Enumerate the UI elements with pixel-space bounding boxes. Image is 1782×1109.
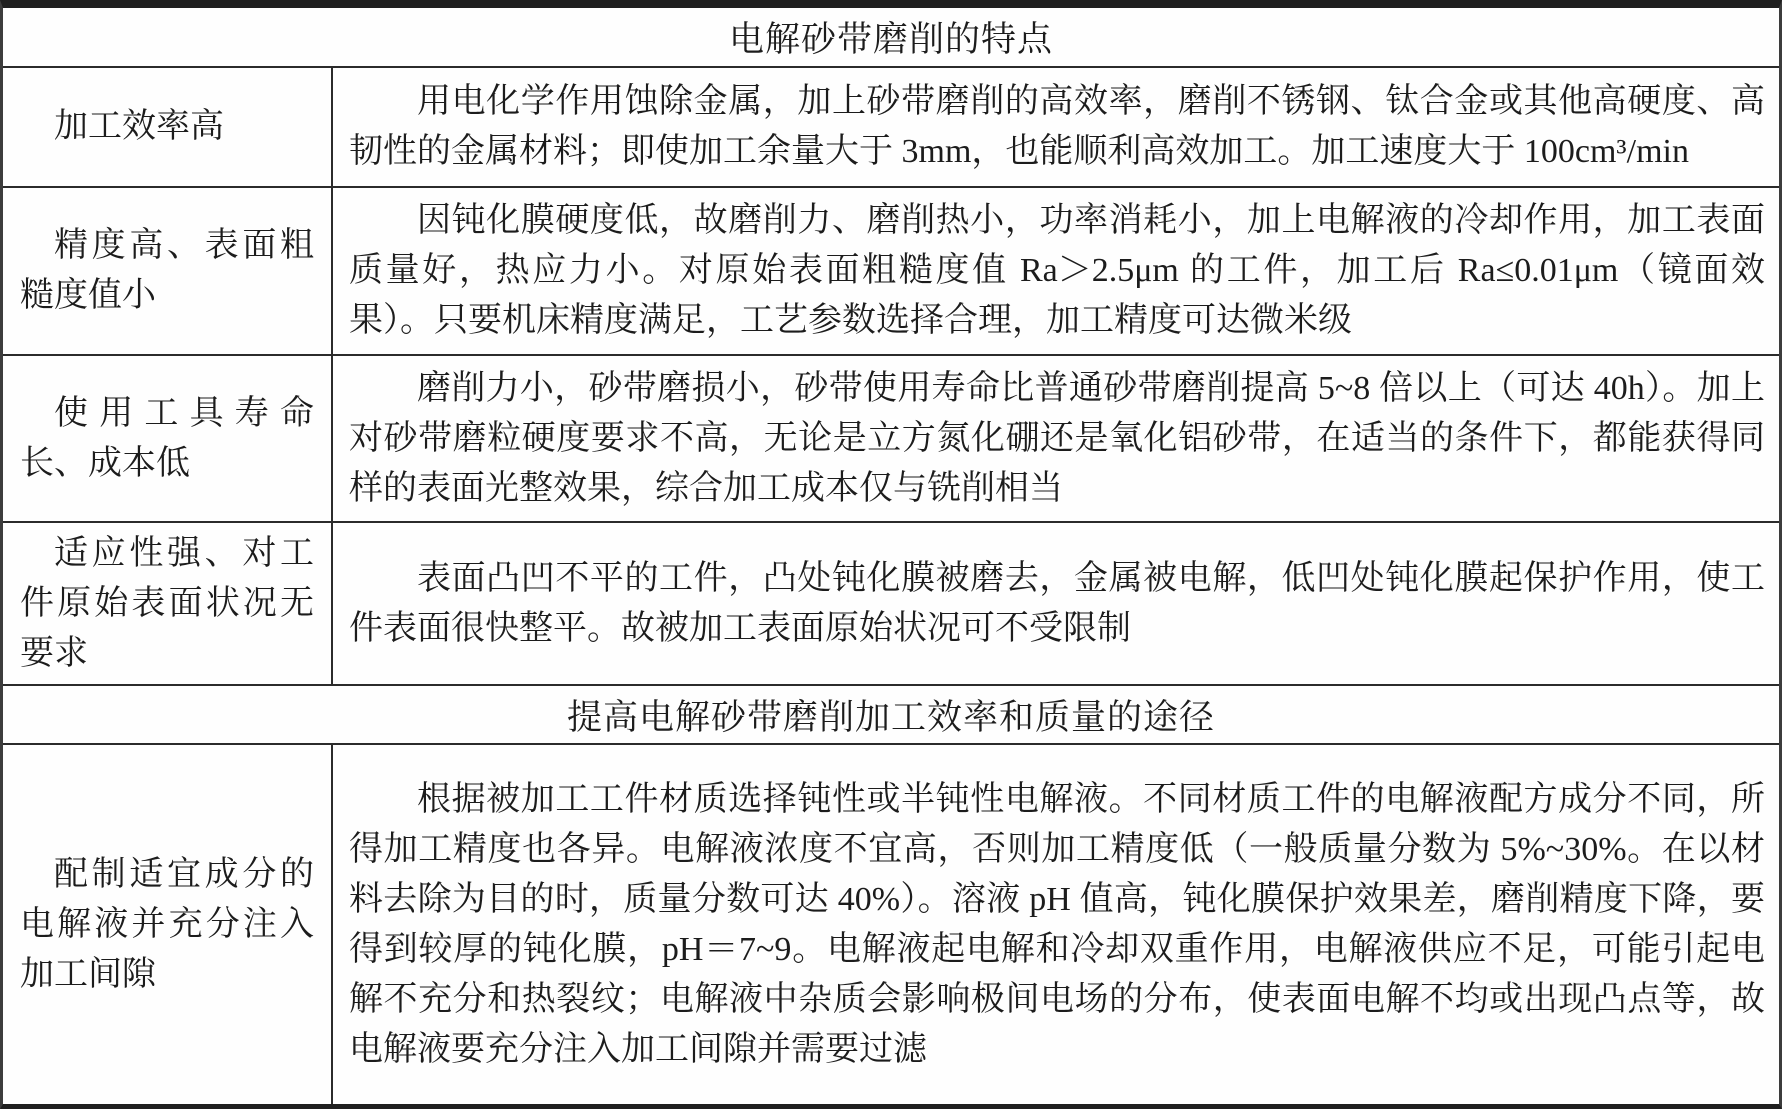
table-section-title-improvement: 提高电解砂带磨削加工效率和质量的途径 xyxy=(3,684,1779,743)
document-page: 电解砂带磨削的特点 加工效率高 用电化学作用蚀除金属，加上砂带磨削的高效率，磨削… xyxy=(0,0,1782,1109)
feature-cell: 使用工具寿命长、成本低 xyxy=(3,356,333,521)
description-cell: 因钝化膜硬度低，故磨削力、磨削热小，功率消耗小，加上电解液的冷却作用，加工表面质… xyxy=(333,188,1779,354)
section-title-text: 电解砂带磨削的特点 xyxy=(729,12,1053,62)
description-cell: 磨削力小，砂带磨损小，砂带使用寿命比普通砂带磨削提高 5~8 倍以上（可达 40… xyxy=(333,356,1779,521)
table-row-tool-life: 使用工具寿命长、成本低 磨削力小，砂带磨损小，砂带使用寿命比普通砂带磨削提高 5… xyxy=(3,354,1779,521)
feature-cell: 适应性强、对工件原始表面状况无要求 xyxy=(3,523,333,684)
description-text: 表面凸凹不平的工件，凸处钝化膜被磨去，金属被电解，低凹处钝化膜起保护作用，使工件… xyxy=(349,554,1765,654)
description-text: 磨削力小，砂带磨损小，砂带使用寿命比普通砂带磨削提高 5~8 倍以上（可达 40… xyxy=(349,364,1765,514)
table-row-electrolyte: 配制适宜成分的电解液并充分注入加工间隙 根据被加工工件材质选择钝性或半钝性电解液… xyxy=(3,743,1779,1104)
feature-table: 电解砂带磨削的特点 加工效率高 用电化学作用蚀除金属，加上砂带磨削的高效率，磨削… xyxy=(0,0,1782,1109)
description-text: 因钝化膜硬度低，故磨削力、磨削热小，功率消耗小，加上电解液的冷却作用，加工表面质… xyxy=(349,196,1765,346)
feature-cell: 配制适宜成分的电解液并充分注入加工间隙 xyxy=(3,745,333,1104)
table-row-adaptability: 适应性强、对工件原始表面状况无要求 表面凸凹不平的工件，凸处钝化膜被磨去，金属被… xyxy=(3,521,1779,684)
description-text: 根据被加工工件材质选择钝性或半钝性电解液。不同材质工件的电解液配方成分不同，所得… xyxy=(349,775,1765,1075)
table-section-title-characteristics: 电解砂带磨削的特点 xyxy=(3,8,1779,66)
feature-text: 加工效率高 xyxy=(20,102,314,152)
feature-cell: 精度高、表面粗糙度值小 xyxy=(3,188,333,354)
feature-text: 使用工具寿命长、成本低 xyxy=(20,389,314,489)
feature-text: 配制适宜成分的电解液并充分注入加工间隙 xyxy=(20,850,314,1000)
section-title-text: 提高电解砂带磨削加工效率和质量的途径 xyxy=(567,690,1215,740)
table-row-efficiency: 加工效率高 用电化学作用蚀除金属，加上砂带磨削的高效率，磨削不锈钢、钛合金或其他… xyxy=(3,66,1779,186)
description-cell: 表面凸凹不平的工件，凸处钝化膜被磨去，金属被电解，低凹处钝化膜起保护作用，使工件… xyxy=(333,523,1779,684)
feature-text: 精度高、表面粗糙度值小 xyxy=(20,221,314,321)
description-cell: 根据被加工工件材质选择钝性或半钝性电解液。不同材质工件的电解液配方成分不同，所得… xyxy=(333,745,1779,1104)
feature-text: 适应性强、对工件原始表面状况无要求 xyxy=(20,529,314,679)
description-text: 用电化学作用蚀除金属，加上砂带磨削的高效率，磨削不锈钢、钛合金或其他高硬度、高韧… xyxy=(349,77,1765,177)
description-cell: 用电化学作用蚀除金属，加上砂带磨削的高效率，磨削不锈钢、钛合金或其他高硬度、高韧… xyxy=(333,68,1779,186)
feature-cell: 加工效率高 xyxy=(3,68,333,186)
table-row-precision: 精度高、表面粗糙度值小 因钝化膜硬度低，故磨削力、磨削热小，功率消耗小，加上电解… xyxy=(3,186,1779,354)
